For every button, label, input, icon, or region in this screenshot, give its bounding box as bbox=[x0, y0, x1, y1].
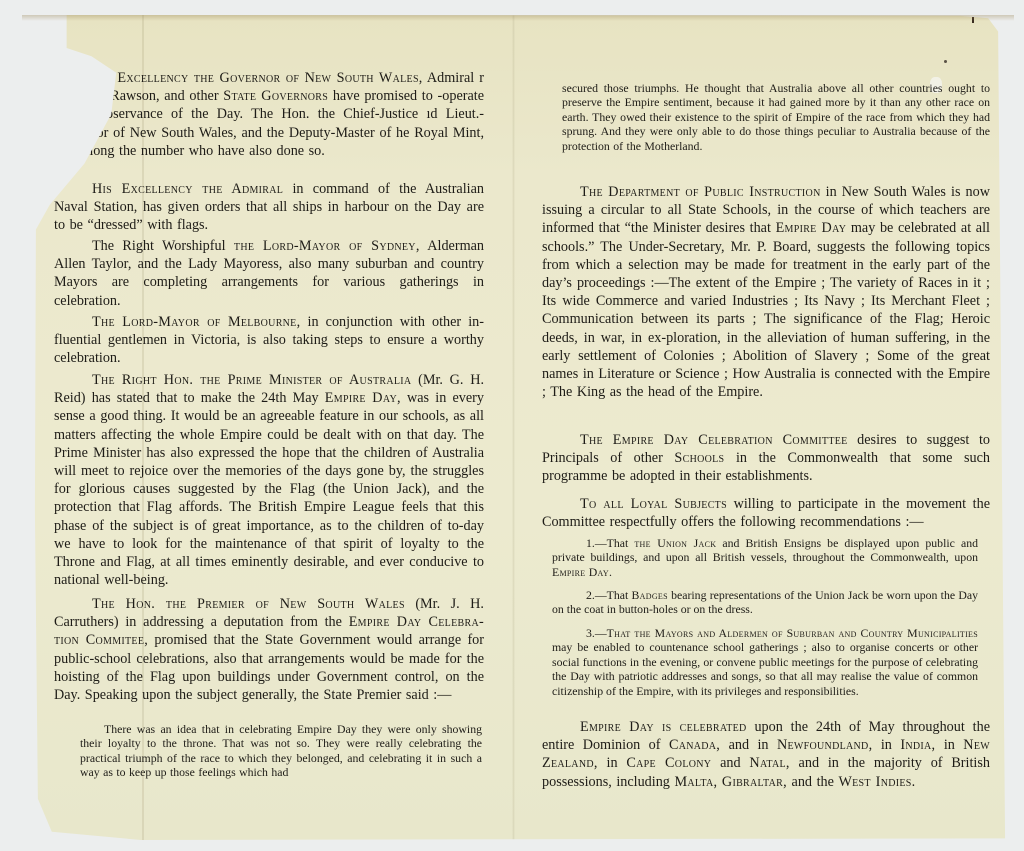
small-caps-lead: the Lord-Mayor of Sydney, bbox=[234, 238, 420, 254]
paragraph-admiral: His Excellency the Admiral in command of… bbox=[54, 180, 484, 235]
paragraph-lord-mayor-sydney: The Right Worshipful the Lord-Mayor of S… bbox=[54, 237, 484, 310]
paragraph-committee: The Empire Day Celebration Committee des… bbox=[542, 431, 990, 486]
small-caps-lead: His Excellency the Admiral bbox=[92, 181, 283, 197]
paper-mark bbox=[944, 60, 947, 63]
small-caps-lead: The Empire Day Celebration Committee bbox=[580, 432, 848, 448]
small-caps-lead: To all Loyal Subjects bbox=[580, 496, 727, 512]
small-caps-lead: The Hon. the Premier of New South Wales bbox=[92, 596, 405, 612]
recommendation-2: 2.—That Badges bearing representations o… bbox=[552, 588, 978, 617]
document-page: His Excellency the Governor of New South… bbox=[22, 15, 1014, 840]
paragraph-loyal-subjects: To all Loyal Subjects willing to partici… bbox=[542, 495, 990, 531]
premier-quote: There was an idea that in celebrating Em… bbox=[80, 722, 482, 780]
premier-quote-continued: secured those triumphs. He thought that … bbox=[562, 81, 990, 153]
small-caps-lead: Empire Day is celebrated bbox=[580, 719, 747, 735]
paragraph-lord-mayor-melbourne: The Lord-Mayor of Melbourne, in conjunct… bbox=[54, 313, 484, 368]
paragraph-premier-nsw: The Hon. the Premier of New South Wales … bbox=[54, 595, 484, 704]
paragraph-prime-minister: The Right Hon. the Prime Minister of Aus… bbox=[54, 371, 484, 589]
small-caps-lead: His Excellency the Governor of New South… bbox=[92, 70, 423, 86]
small-caps-lead: The Department of Public Instruction bbox=[580, 184, 821, 200]
recommendation-3: 3.—That the Mayors and Aldermen of Subur… bbox=[552, 626, 978, 698]
recommendation-1: 1.—That the Union Jack and British Ensig… bbox=[552, 536, 978, 579]
paper-edge-stain bbox=[22, 15, 1014, 21]
small-caps-lead: The Lord-Mayor of Melbourne, bbox=[92, 314, 300, 330]
paragraph-public-instruction: The Department of Public Instruction in … bbox=[542, 183, 990, 401]
paragraph-closing: Empire Day is celebrated upon the 24th o… bbox=[542, 718, 990, 791]
paragraph-governor: His Excellency the Governor of New South… bbox=[54, 69, 484, 160]
small-caps-lead: The Right Hon. the Prime Minister of Aus… bbox=[92, 372, 411, 388]
